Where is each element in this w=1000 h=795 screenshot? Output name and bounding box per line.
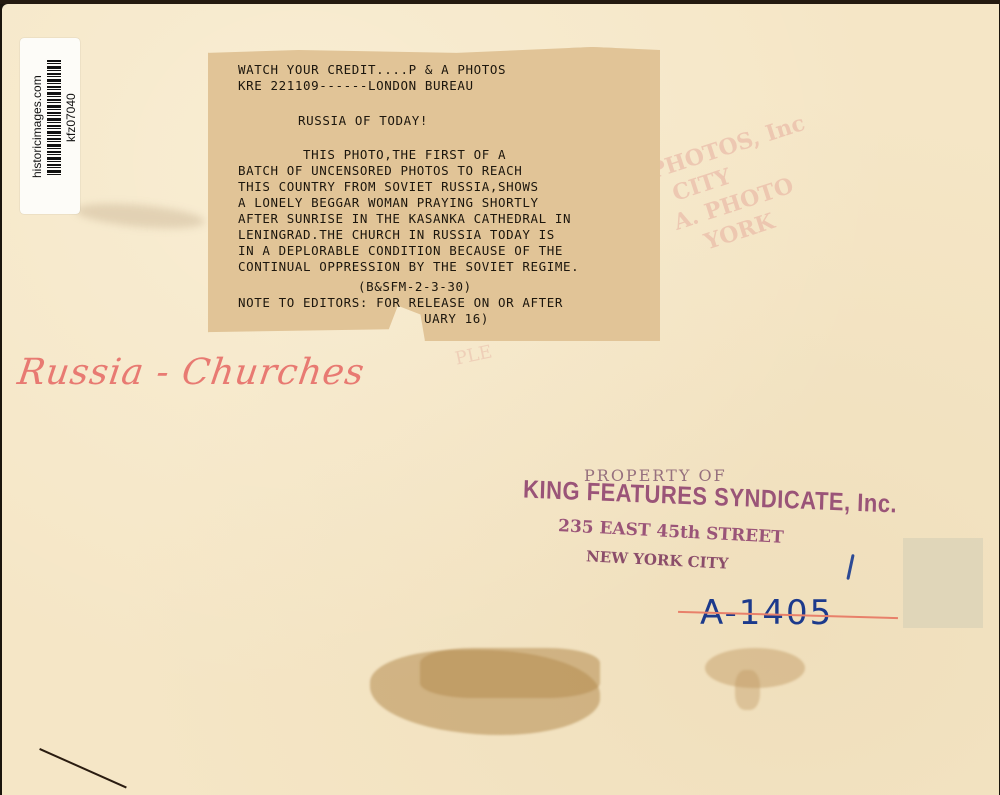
body-line: CONTINUAL OPPRESSION BY THE SOVIET REGIM… <box>238 259 579 274</box>
handwritten-category: Russia - Churches <box>15 352 367 393</box>
barcode-icon <box>47 60 61 176</box>
body-line: BATCH OF UNCENSORED PHOTOS TO REACH <box>238 163 522 178</box>
tape-residue <box>903 538 983 628</box>
water-stain <box>420 648 600 698</box>
body-line: LENINGRAD.THE CHURCH IN RUSSIA TODAY IS <box>238 227 555 242</box>
credit-line: WATCH YOUR CREDIT....P & A PHOTOS <box>238 62 506 77</box>
body-line: THIS COUNTRY FROM SOVIET RUSSIA,SHOWS <box>238 179 539 194</box>
body-line: THIS PHOTO,THE FIRST OF A <box>238 147 506 162</box>
clipping-title: RUSSIA OF TODAY! <box>298 113 428 129</box>
clipping-header: WATCH YOUR CREDIT....P & A PHOTOS KRE 22… <box>238 62 506 94</box>
water-stain <box>735 670 760 710</box>
clipping-note: NOTE TO EDITORS: FOR RELEASE ON OR AFTER <box>238 295 563 311</box>
body-line: A LONELY BEGGAR WOMAN PRAYING SHORTLY <box>238 195 539 210</box>
clipping-note-continued: UARY 16) <box>424 311 489 327</box>
barcode-id-text: kfz07040 <box>64 93 78 142</box>
body-line: AFTER SUNRISE IN THE KASANKA CATHEDRAL I… <box>238 211 571 226</box>
bureau-line: KRE 221109------LONDON BUREAU <box>238 78 474 93</box>
clipping-body: THIS PHOTO,THE FIRST OF A BATCH OF UNCEN… <box>238 147 579 275</box>
clipping-code: (B&SFM-2-3-30) <box>358 279 472 295</box>
barcode-site-text: historicimages.com <box>30 28 44 178</box>
body-line: IN A DEPLORABLE CONDITION BECAUSE OF THE <box>238 243 563 258</box>
